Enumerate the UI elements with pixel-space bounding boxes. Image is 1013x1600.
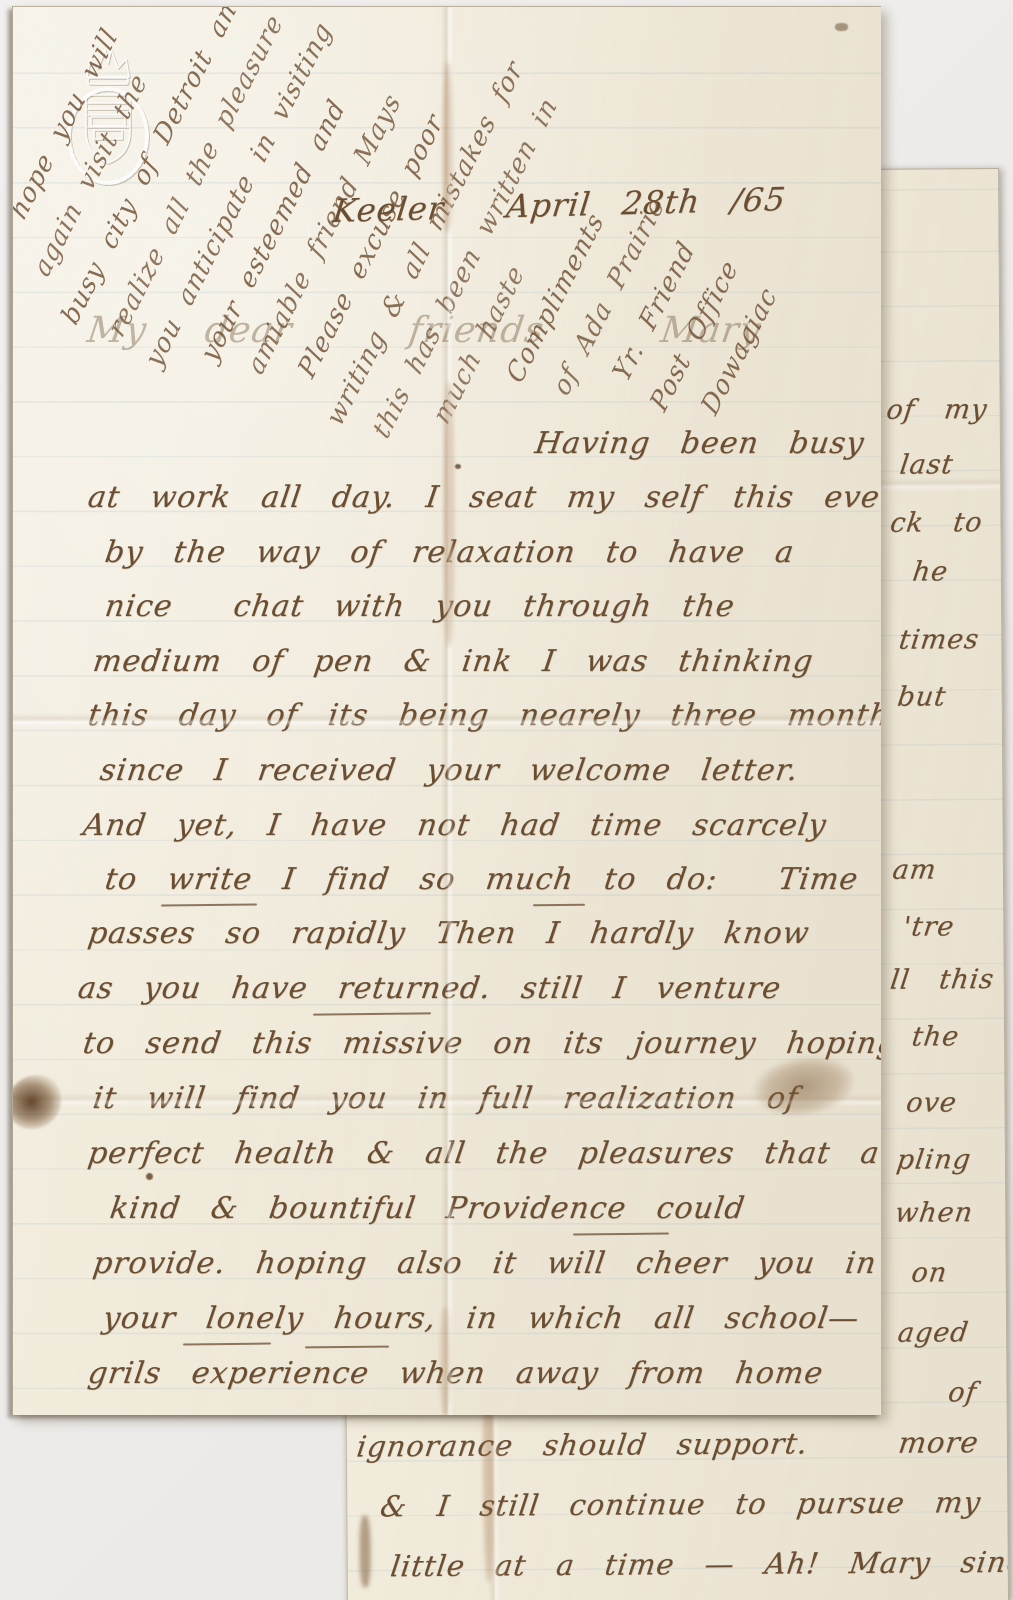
handwriting-line: to write I find so much to do: Time [103,865,860,895]
handwriting-line: at work all day. I seat my self this eve [86,483,881,513]
ink-underline [313,1012,431,1015]
handwriting-fragment: of [947,1379,979,1406]
handwriting-fragment: aged [896,1319,970,1347]
handwriting-fragment: am [891,856,938,883]
cross-writing-block: I hope you willagain visit thebusy city … [12,6,862,610]
handwriting-line: kind & bountiful Providence could [108,1194,747,1224]
handwriting-fragment: on [910,1259,949,1286]
ink-underline [533,904,585,907]
handwriting-fragment: when [893,1199,974,1227]
ink-underline [573,1232,669,1235]
handwriting-fragment: last [898,451,955,478]
edge-stain [359,1515,371,1587]
letter-page-1: I hope you willagain visit thebusy city … [12,6,881,1415]
handwriting-fragment: ck to [889,509,985,537]
handwriting-fragment: the [910,1023,961,1050]
handwriting-line: medium of pen & ink I was thinking [91,647,815,677]
handwriting-line: to send this missive on its journey hopi… [81,1029,881,1059]
speck [835,23,848,31]
handwriting-line: Having been busy [533,429,866,459]
handwriting-fragment: pling [895,1146,973,1174]
ink-underline [161,903,257,906]
handwriting-line: it will find you in full realization of [91,1084,800,1114]
handwriting-line: your lonely hours, in which all school— [101,1304,861,1334]
handwriting-line: grils experience when away from home [86,1359,825,1389]
speck [146,1173,153,1180]
handwriting-fragment: he [911,558,950,585]
handwriting-line: And yet, I have not had time scarcely [81,811,828,841]
handwriting-line: perfect health & all the pleasures that … [86,1139,881,1169]
ink-underline [183,1343,271,1346]
handwriting-line: provide. hoping also it will cheer you i… [91,1249,879,1279]
handwriting-line: this day of its being nearely three mont… [86,701,881,731]
handwriting-fragment: 'tre [901,913,956,940]
handwriting-fragment: but [896,683,948,710]
ink-underline [305,1346,389,1349]
handwriting-fragment: ove [905,1089,959,1116]
handwriting-fragment: of my [885,396,989,424]
handwriting-fragment: ll this [889,966,996,994]
handwriting-line: since I received your welcome letter. [98,756,800,786]
handwriting-line: & I still continue to pursue my studies … [378,1486,1009,1521]
handwriting-line: ignorance should support. more of knowle… [355,1426,1009,1461]
handwriting-line: little at a time — Ah! Mary since the mi… [389,1546,1009,1581]
scanned-letter-photo: of mylastck tohetimesbutam'trell thisthe… [0,0,1013,1600]
handwriting-line: passes so rapidly Then I hardly know [86,919,811,949]
salutation: My dear friends Mary [85,313,763,349]
ink-blot [12,1075,61,1129]
handwriting-line: by the way of relaxation to have a [103,538,796,568]
handwriting-line: nice chat with you through the [103,592,737,622]
handwriting-line: as you have returned. still I venture [76,974,783,1004]
handwriting-fragment: times [897,626,981,654]
